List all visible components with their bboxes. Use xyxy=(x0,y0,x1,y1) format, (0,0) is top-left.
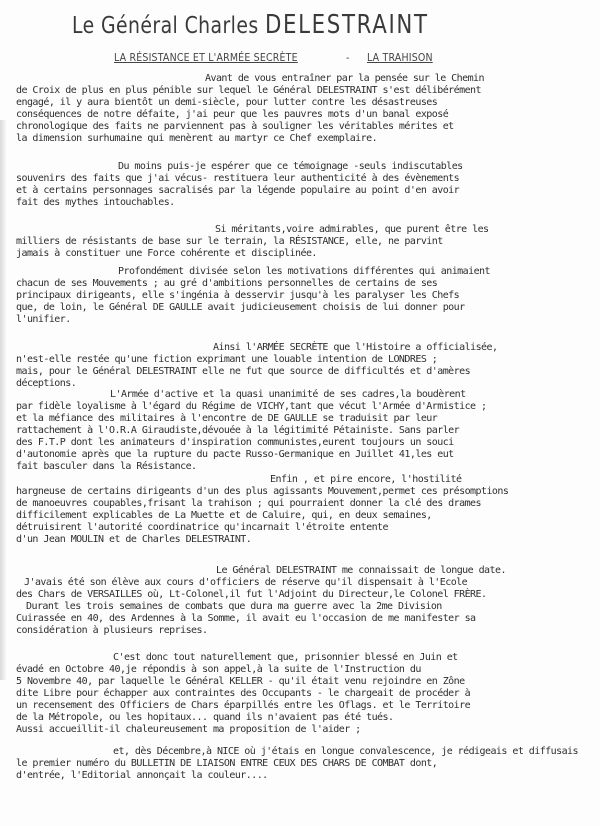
text-line: difficilement explicables de La Muette e… xyxy=(16,510,432,522)
text-line: Enfin , et pire encore, l'hostilité xyxy=(270,474,461,486)
text-line: d'autonomie après que la rupture du pact… xyxy=(16,449,454,461)
text-line: Le Général DELESTRAINT me connaissait de… xyxy=(216,565,506,577)
title-prefix: Le Général Charles xyxy=(72,13,259,39)
text-line: fait basculer dans la Résistance. xyxy=(16,461,197,473)
text-line: Durant les trois semaines de combats que… xyxy=(26,601,442,613)
text-line: de Croix de plus en plus pénible sur leq… xyxy=(16,85,481,97)
text-line: des Chars de VERSAILLES où, Lt-Colonel,i… xyxy=(16,589,486,601)
text-line: Avant de vous entraîner par la pensée su… xyxy=(205,73,484,85)
text-line: Si méritants,voire admirables, que puren… xyxy=(215,224,489,236)
text-line: Ainsi l'ARMÉE SECRÈTE que l'Histoire a o… xyxy=(213,342,497,354)
text-line: de manoeuvres coupables,frisant la trahi… xyxy=(16,498,481,510)
text-line: et la méfiance des militaires à l'encont… xyxy=(16,413,437,425)
text-line: l'unifier. xyxy=(16,314,71,326)
text-line: C'est donc tout naturellement que, priso… xyxy=(113,652,458,664)
text-line: fait des mythes intouchables. xyxy=(16,197,175,209)
text-line: par fidèle loyalisme à l'égard du Régime… xyxy=(16,401,486,413)
text-line: rattachement à l'O.R.A Giraudiste,dévoué… xyxy=(16,425,459,437)
text-line: chacun de ses Mouvements ; au gré d'ambi… xyxy=(16,278,437,290)
text-line: souvenirs des faits que j'ai vécus- rest… xyxy=(16,173,459,185)
text-line: et, dès Décembre,à NICE où j'étais en lo… xyxy=(113,746,578,758)
text-line: n'est-elle restée qu'une fiction exprima… xyxy=(16,354,437,366)
text-line: Aussi accueillit-il chaleureusement ma p… xyxy=(16,724,361,736)
text-line: le premier numéro du BULLETIN DE LIAISON… xyxy=(16,758,437,770)
text-line: Du moins puis-je espérer que ce témoigna… xyxy=(118,161,463,173)
text-line: engagé, il y aura bientôt un demi-siècle… xyxy=(16,97,437,109)
text-line: détruisirent l'autorité coordinatrice qu… xyxy=(16,522,388,534)
subtitle-separator: - xyxy=(346,52,350,64)
title-name: DELESTRAINT xyxy=(265,10,429,40)
text-line: jamais à constituer une Force cohérente … xyxy=(16,248,317,260)
text-line: d'entrée, l'Editorial annonçait la coule… xyxy=(16,770,268,782)
text-line: Cuirassée en 40, des Ardennes à la Somme… xyxy=(16,613,476,625)
text-line: L'Armée d'active et la quasi unanimité d… xyxy=(110,389,466,401)
subtitle-part2: LA TRAHISON xyxy=(367,52,433,64)
text-line: milliers de résistants de base sur le te… xyxy=(16,236,443,248)
text-line: que, de loin, le Général DE GAULLE avait… xyxy=(16,302,465,314)
text-line: 5 Novembre 40, par laquelle le Général K… xyxy=(16,676,465,688)
text-line: évadé en Octobre 40,je répondis à son ap… xyxy=(16,664,421,676)
document-title: Le Général Charles DELESTRAINT xyxy=(72,10,429,40)
text-line: déceptions. xyxy=(16,378,76,390)
text-line: de la Métropole, ou les hopitaux... quan… xyxy=(16,712,393,724)
text-line: hargneuse de certains dirigeants d'un de… xyxy=(16,486,508,498)
text-line: d'un Jean MOULIN et de Charles DELESTRAI… xyxy=(16,534,251,546)
text-line: un recensement des Officiers de Chars ép… xyxy=(16,700,470,712)
text-line: et à certains personnages sacralisés par… xyxy=(16,185,459,197)
text-line: chronologique des faits ne parviennent p… xyxy=(16,121,454,133)
text-line: considération à plusieurs reprises. xyxy=(16,625,207,637)
text-line: Profondément divisée selon les motivatio… xyxy=(118,266,490,278)
scanned-page: Le Général Charles DELESTRAINT LA RÉSIST… xyxy=(0,0,600,826)
text-line: mais, pour le Général DELESTRAINT elle n… xyxy=(16,366,470,378)
text-line: principaux dirigeants, elle s'ingénia à … xyxy=(16,290,459,302)
text-line: J'avais été son élève aux cours d'offici… xyxy=(24,577,467,589)
text-line: dite Libre pour échapper aux contraintes… xyxy=(16,688,470,700)
scan-edge-shadow xyxy=(0,120,6,680)
text-line: la dimension surhumaine qui menèrent au … xyxy=(16,133,377,145)
subtitle-part1: LA RÉSISTANCE ET L'ARMÉE SECRÈTE xyxy=(114,52,298,64)
text-line: conséquences de notre défaite, j'ai peur… xyxy=(16,109,448,121)
text-line: des F.T.P dont les animateurs d'inspirat… xyxy=(16,437,454,449)
